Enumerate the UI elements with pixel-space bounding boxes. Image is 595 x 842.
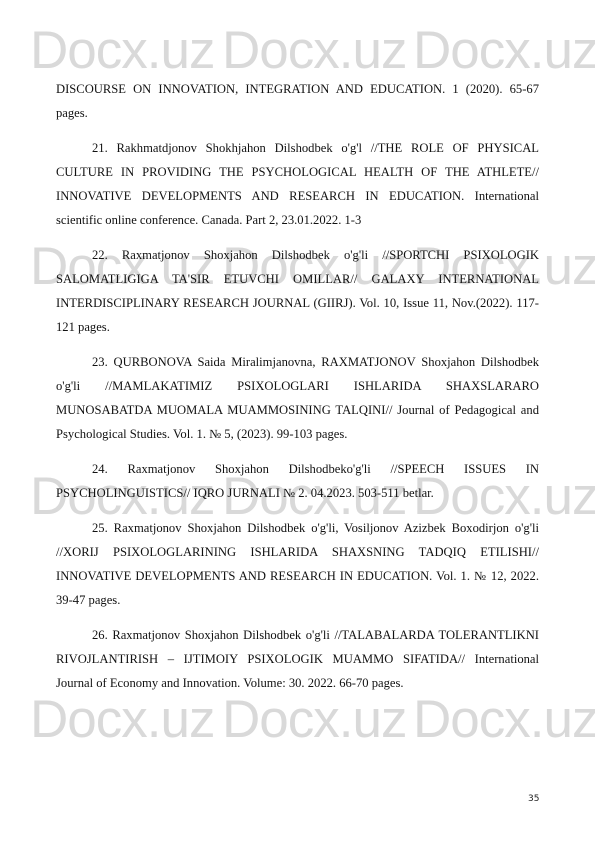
reference-number: 21.	[92, 141, 108, 155]
watermark: Docx.uz	[222, 24, 406, 77]
reference-list: DISCOURSE ON INNOVATION, INTEGRATION AND…	[56, 77, 539, 706]
reference-text: Raxmatjonov Shoxjahon Dilshodbeko'g'li /…	[56, 462, 539, 500]
reference-number: 26.	[92, 628, 108, 642]
page-number: 35	[528, 794, 539, 804]
reference-text: DISCOURSE ON INNOVATION, INTEGRATION AND…	[56, 82, 539, 120]
watermark: Docx.uz	[413, 24, 595, 77]
reference-item-25: 25. Raxmatjonov Shoxjahon Dilshodbek o'g…	[56, 516, 539, 612]
reference-number: 25.	[92, 521, 108, 535]
watermark: Docx.uz	[30, 24, 214, 77]
reference-item-23: 23. QURBONOVA Saida Miralimjanovna, RAXM…	[56, 350, 539, 446]
reference-item-24: 24. Raxmatjonov Shoxjahon Dilshodbeko'g'…	[56, 457, 539, 505]
reference-text: QURBONOVA Saida Miralimjanovna, RAXMATJO…	[56, 355, 539, 441]
reference-item-26: 26. Raxmatjonov Shoxjahon Dilshodbek o'g…	[56, 623, 539, 695]
reference-text: Raxmatjonov Shoxjahon Dilshodbek o'g'li,…	[56, 521, 539, 607]
reference-number: 23.	[92, 355, 108, 369]
reference-item-continued: DISCOURSE ON INNOVATION, INTEGRATION AND…	[56, 77, 539, 125]
reference-item-21: 21. Rakhmatdjonov Shokhjahon Dilshodbek …	[56, 136, 539, 232]
reference-item-22: 22. Raxmatjonov Shoxjahon Dilshodbek o'g…	[56, 243, 539, 339]
reference-text: Rakhmatdjonov Shokhjahon Dilshodbek o'g'…	[56, 141, 539, 227]
reference-number: 22.	[92, 248, 108, 262]
reference-text: Raxmatjonov Shoxjahon Dilshodbek o'g'li …	[56, 248, 539, 334]
document-page: Docx.uz Docx.uz Docx.uz Docx.uz Docx.uz …	[0, 0, 595, 842]
reference-number: 24.	[92, 462, 108, 476]
reference-text: Raxmatjonov Shoxjahon Dilshodbek o'g'li …	[56, 628, 539, 690]
